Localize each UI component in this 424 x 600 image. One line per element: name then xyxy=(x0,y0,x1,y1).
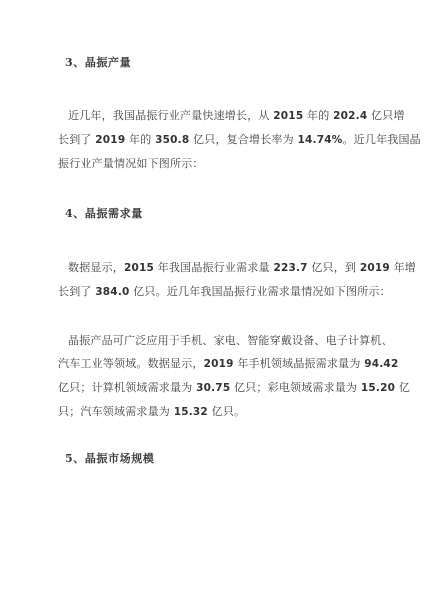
text-line: 长到了 384.0 亿只。近几年我国晶振行业需求量情况如下图所示： xyxy=(58,280,372,304)
paragraph-crystal-output: 近几年，我国晶振行业产量快速增长，从 2015 年的 202.4 亿只增长到了 … xyxy=(58,104,372,175)
numeric-value: 94.42 xyxy=(364,358,398,370)
text-line: 只；汽车领域需求量为 15.32 亿只。 xyxy=(58,400,372,424)
numeric-value: 2019 xyxy=(360,262,390,274)
numeric-value: 2015 xyxy=(273,110,303,122)
numeric-value: 2019 xyxy=(95,134,125,146)
text-line: 汽车工业等领域。数据显示，2019 年手机领域晶振需求量为 94.42 xyxy=(58,352,372,376)
numeric-value: 15.20 xyxy=(361,382,395,394)
text-line: 长到了 2019 年的 350.8 亿只，复合增长率为 14.74%。近几年我国… xyxy=(58,128,372,152)
text-line: 近几年，我国晶振行业产量快速增长，从 2015 年的 202.4 亿只增 xyxy=(58,104,372,128)
section-heading-crystal-demand: 4、晶振需求量 xyxy=(58,202,379,225)
paragraph-crystal-demand: 数据显示，2015 年我国晶振行业需求量 223.7 亿只，到 2019 年增长… xyxy=(58,256,372,304)
numeric-value: 384.0 xyxy=(95,286,129,298)
text-line: 亿只；计算机领域需求量为 30.75 亿只；彩电领域需求量为 15.20 亿 xyxy=(58,376,372,400)
numeric-value: 202.4 xyxy=(333,110,367,122)
paragraph-crystal-applications: 晶振产品可广泛应用于手机、家电、智能穿戴设备、电子计算机、汽车工业等领域。数据显… xyxy=(58,329,372,424)
numeric-value: 15.32 xyxy=(174,406,208,418)
numeric-value: 30.75 xyxy=(196,382,230,394)
numeric-value: 2019 xyxy=(204,358,234,370)
document-page: 3、晶振产量 近几年，我国晶振行业产量快速增长，从 2015 年的 202.4 … xyxy=(0,0,424,600)
numeric-value: 2015 xyxy=(124,262,154,274)
numeric-value: 350.8 xyxy=(155,134,189,146)
numeric-value: 223.7 xyxy=(273,262,307,274)
section-heading-crystal-market-size: 5、晶振市场规模 xyxy=(58,447,379,470)
section-heading-crystal-output: 3、晶振产量 xyxy=(58,51,379,74)
text-line: 数据显示，2015 年我国晶振行业需求量 223.7 亿只，到 2019 年增 xyxy=(58,256,372,280)
text-line: 晶振产品可广泛应用于手机、家电、智能穿戴设备、电子计算机、 xyxy=(58,329,372,352)
text-line: 振行业产量情况如下图所示： xyxy=(58,152,372,175)
numeric-value: 14.74% xyxy=(298,134,343,146)
